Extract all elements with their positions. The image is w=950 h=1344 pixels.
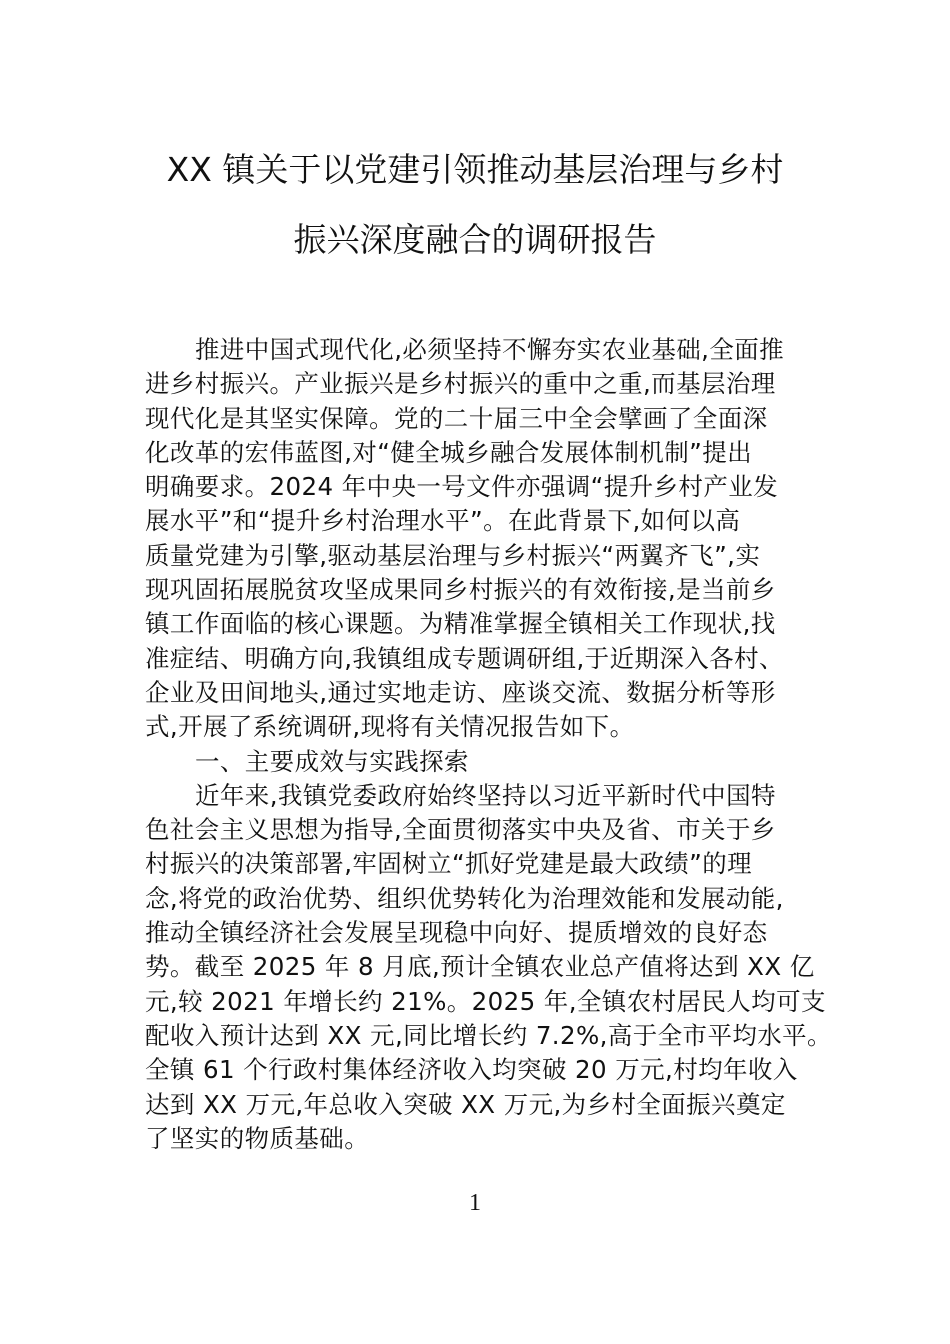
paragraph-line: 近年来,我镇党委政府始终坚持以习近平新时代中国特	[145, 779, 815, 813]
document-title-line-1: XX 镇关于以党建引领推动基层治理与乡村	[0, 150, 950, 190]
paragraph-line: 明确要求。2024 年中央一号文件亦强调“提升乡村产业发	[145, 470, 815, 504]
document-body: 推进中国式现代化,必须坚持不懈夯实农业基础,全面推 进乡村振兴。产业振兴是乡村振…	[145, 333, 815, 1156]
paragraph-line: 配收入预计达到 XX 元,同比增长约 7.2%,高于全市平均水平。	[145, 1019, 815, 1053]
paragraph-line: 现代化是其坚实保障。党的二十届三中全会擘画了全面深	[145, 402, 815, 436]
page-number: 1	[0, 1188, 950, 1218]
paragraph-line: 村振兴的决策部署,牢固树立“抓好党建是最大政绩”的理	[145, 847, 815, 881]
paragraph-line: 准症结、明确方向,我镇组成专题调研组,于近期深入各村、	[145, 642, 815, 676]
paragraph-line: 元,较 2021 年增长约 21%。2025 年,全镇农村居民人均可支	[145, 985, 815, 1019]
paragraph-line: 念,将党的政治优势、组织优势转化为治理效能和发展动能,	[145, 882, 815, 916]
paragraph-line: 进乡村振兴。产业振兴是乡村振兴的重中之重,而基层治理	[145, 367, 815, 401]
paragraph-line: 达到 XX 万元,年总收入突破 XX 万元,为乡村全面振兴奠定	[145, 1088, 815, 1122]
paragraph-line: 了坚实的物质基础。	[145, 1122, 815, 1156]
paragraph-line: 式,开展了系统调研,现将有关情况报告如下。	[145, 710, 815, 744]
paragraph-line: 企业及田间地头,通过实地走访、座谈交流、数据分析等形	[145, 676, 815, 710]
document-title-line-2: 振兴深度融合的调研报告	[0, 220, 950, 260]
paragraph-line: 化改革的宏伟蓝图,对“健全城乡融合发展体制机制”提出	[145, 436, 815, 470]
paragraph-line: 现巩固拓展脱贫攻坚成果同乡村振兴的有效衔接,是当前乡	[145, 573, 815, 607]
paragraph-line: 推动全镇经济社会发展呈现稳中向好、提质增效的良好态	[145, 916, 815, 950]
document-page: XX 镇关于以党建引领推动基层治理与乡村 振兴深度融合的调研报告 推进中国式现代…	[0, 0, 950, 1344]
paragraph-line: 镇工作面临的核心课题。为精准掌握全镇相关工作现状,找	[145, 607, 815, 641]
paragraph-line: 推进中国式现代化,必须坚持不懈夯实农业基础,全面推	[145, 333, 815, 367]
paragraph-line: 展水平”和“提升乡村治理水平”。在此背景下,如何以高	[145, 504, 815, 538]
paragraph-line: 色社会主义思想为指导,全面贯彻落实中央及省、市关于乡	[145, 813, 815, 847]
paragraph-line: 质量党建为引擎,驱动基层治理与乡村振兴“两翼齐飞”,实	[145, 539, 815, 573]
section-heading: 一、主要成效与实践探索	[145, 745, 815, 779]
paragraph-line: 势。截至 2025 年 8 月底,预计全镇农业总产值将达到 XX 亿	[145, 950, 815, 984]
paragraph-line: 全镇 61 个行政村集体经济收入均突破 20 万元,村均年收入	[145, 1053, 815, 1087]
